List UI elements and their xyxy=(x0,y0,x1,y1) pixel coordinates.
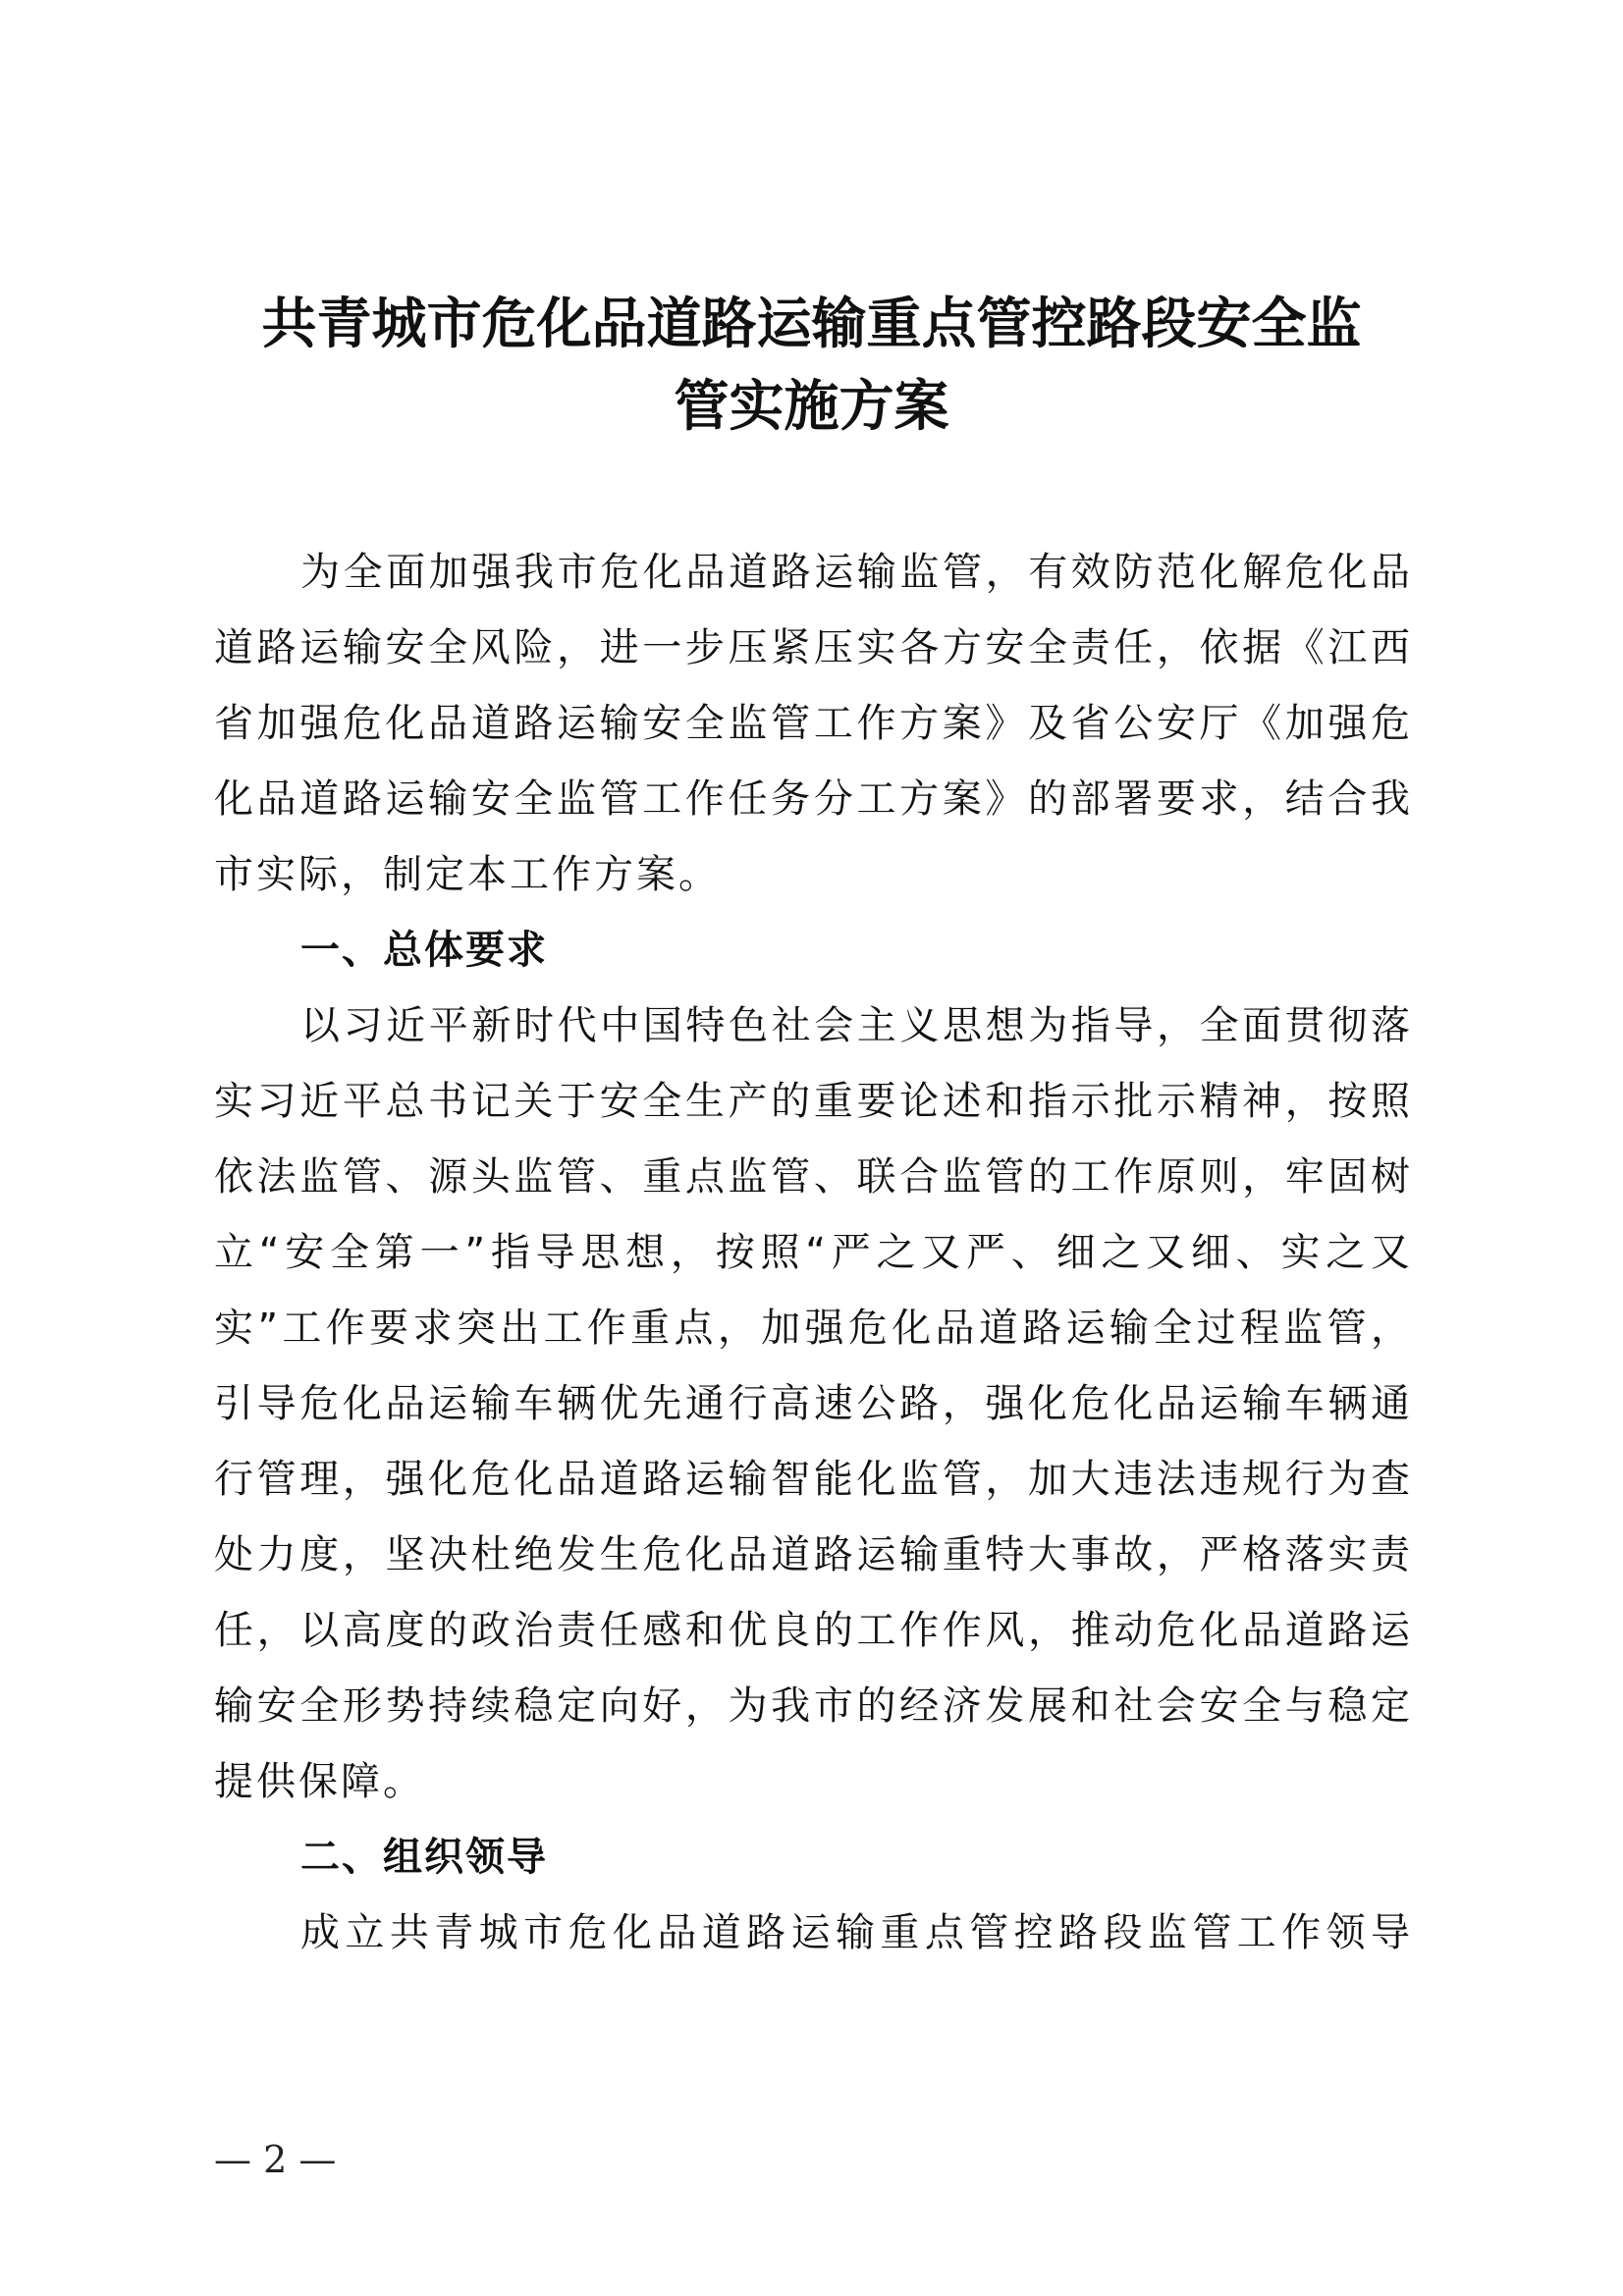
paragraph-line: 立“安全第一”指导思想，按照“严之又严、细之又细、实之又 xyxy=(214,1215,1410,1291)
paragraph-line: 引导危化品运输车辆优先通行高速公路，强化危化品运输车辆通 xyxy=(214,1366,1410,1442)
paragraph-line: 提供保障。 xyxy=(214,1744,1410,1820)
paragraph-line: 处力度，坚决杜绝发生危化品道路运输重特大事故，严格落实责 xyxy=(214,1518,1410,1593)
paragraph-line: 道路运输安全风险，进一步压紧压实各方安全责任，依据《江西 xyxy=(214,611,1410,686)
paragraph-line: 省加强危化品道路运输安全监管工作方案》及省公安厅《加强危 xyxy=(214,686,1410,762)
paragraph-line: 依法监管、源头监管、重点监管、联合监管的工作原则，牢固树 xyxy=(214,1140,1410,1215)
section-heading-1: 一、总体要求 xyxy=(214,913,1410,988)
paragraph-line: 为全面加强我市危化品道路运输监管，有效防范化解危化品 xyxy=(214,535,1410,611)
paragraph-line: 任，以高度的政治责任感和优良的工作作风，推动危化品道路运 xyxy=(214,1593,1410,1669)
paragraph-line: 实”工作要求突出工作重点，加强危化品道路运输全过程监管， xyxy=(214,1291,1410,1366)
paragraph-line: 化品道路运输安全监管工作任务分工方案》的部署要求，结合我 xyxy=(214,762,1410,837)
paragraph-line: 以习近平新时代中国特色社会主义思想为指导，全面贯彻落 xyxy=(214,988,1410,1064)
paragraph-line: 市实际，制定本工作方案。 xyxy=(214,837,1410,913)
title-line-2: 管实施方案 xyxy=(177,365,1446,448)
paragraph-line: 输安全形势持续稳定向好，为我市的经济发展和社会安全与稳定 xyxy=(214,1669,1410,1744)
page-number: — 2 — xyxy=(214,2138,336,2181)
section-heading-2: 二、组织领导 xyxy=(214,1820,1410,1896)
intro-paragraph: 为全面加强我市危化品道路运输监管，有效防范化解危化品 道路运输安全风险，进一步压… xyxy=(214,535,1410,913)
document-body: 为全面加强我市危化品道路运输监管，有效防范化解危化品 道路运输安全风险，进一步压… xyxy=(214,535,1410,1971)
document-title: 共青城市危化品道路运输重点管控路段安全监 管实施方案 xyxy=(177,283,1446,448)
paragraph-line: 成立共青城市危化品道路运输重点管控路段监管工作领导 xyxy=(214,1896,1410,1971)
title-line-1: 共青城市危化品道路运输重点管控路段安全监 xyxy=(177,283,1446,365)
paragraph-line: 行管理，强化危化品道路运输智能化监管，加大违法违规行为查 xyxy=(214,1442,1410,1518)
section-2-paragraph: 成立共青城市危化品道路运输重点管控路段监管工作领导 xyxy=(214,1896,1410,1971)
paragraph-line: 实习近平总书记关于安全生产的重要论述和指示批示精神，按照 xyxy=(214,1064,1410,1140)
document-page: 共青城市危化品道路运输重点管控路段安全监 管实施方案 为全面加强我市危化品道路运… xyxy=(0,0,1623,2296)
section-1-paragraph: 以习近平新时代中国特色社会主义思想为指导，全面贯彻落 实习近平总书记关于安全生产… xyxy=(214,988,1410,1820)
